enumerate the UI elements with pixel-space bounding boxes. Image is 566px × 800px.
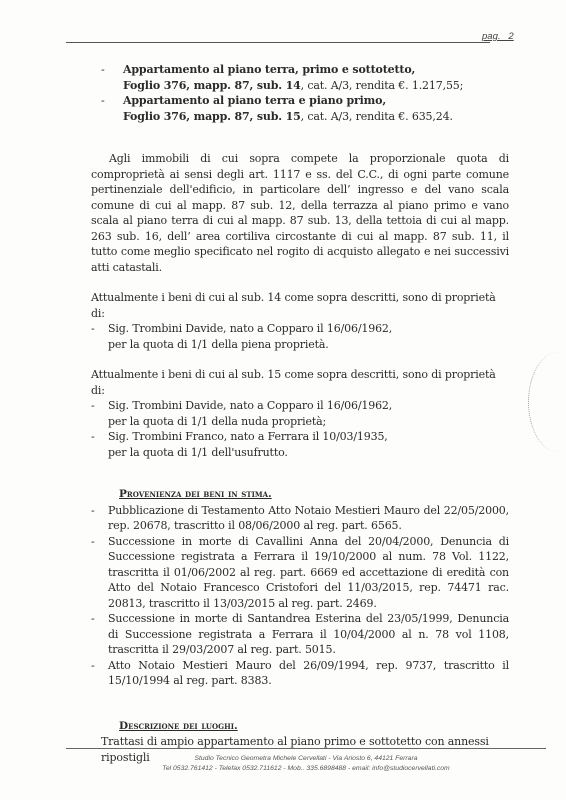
property-foglio: Foglio 376, mapp. 87, sub. 14 [123,79,301,92]
common-parts-paragraph: Agli immobili di cui sopra compete la pr… [91,151,509,275]
stamp-mark [528,352,566,452]
footer-rule [66,748,546,749]
document-page: pag. 2 Appartamento al piano terra, prim… [0,0,566,800]
letterhead-footer: Studio Tecnico Geometra Michele Cervella… [66,754,546,773]
provenance-item: Successione in morte di Cavallini Anna d… [91,534,509,612]
property-foglio: Foglio 376, mapp. 87, sub. 15 [123,110,301,123]
provenance-item: Successione in morte di Santandrea Ester… [91,611,509,658]
ownership-intro: Attualmente i beni di cui al sub. 14 com… [91,290,509,321]
property-details: , cat. A/3, rendita €. 1.217,55; [301,79,464,92]
ownership-sub14: Attualmente i beni di cui al sub. 14 com… [91,290,509,352]
property-item: Appartamento al piano terra, primo e sot… [91,62,509,93]
owner-item: Sig. Trombini Franco, nato a Ferrara il … [91,429,509,460]
footer-address: Studio Tecnico Geometra Michele Cervella… [66,754,546,764]
page-number: pag. 2 [482,31,514,42]
provenance-item: Atto Notaio Mestieri Mauro del 26/09/199… [91,658,509,689]
property-item: Appartamento al piano terra e piano prim… [91,93,509,124]
provenance-item: Pubblicazione di Testamento Atto Notaio … [91,503,509,534]
ownership-sub15: Attualmente i beni di cui al sub. 15 com… [91,367,509,460]
footer-contacts: Tel 0532.761412 - Telefax 0532.711612 - … [66,764,546,774]
property-list: Appartamento al piano terra, primo e sot… [91,62,509,124]
property-details: , cat. A/3, rendita €. 635,24. [301,110,453,123]
ownership-intro: Attualmente i beni di cui al sub. 15 com… [91,367,509,398]
description-heading: Descrizione dei luoghi. [91,719,509,735]
provenance-heading: Provenienza dei beni in stima. [91,487,509,503]
document-body: Appartamento al piano terra, primo e sot… [91,62,509,765]
header-rule [66,42,490,43]
owner-item: Sig. Trombini Davide, nato a Copparo il … [91,321,509,352]
provenance-list: Pubblicazione di Testamento Atto Notaio … [91,503,509,689]
owner-item: Sig. Trombini Davide, nato a Copparo il … [91,398,509,429]
property-title: Appartamento al piano terra, primo e sot… [123,63,415,76]
property-title: Appartamento al piano terra e piano prim… [123,94,386,107]
